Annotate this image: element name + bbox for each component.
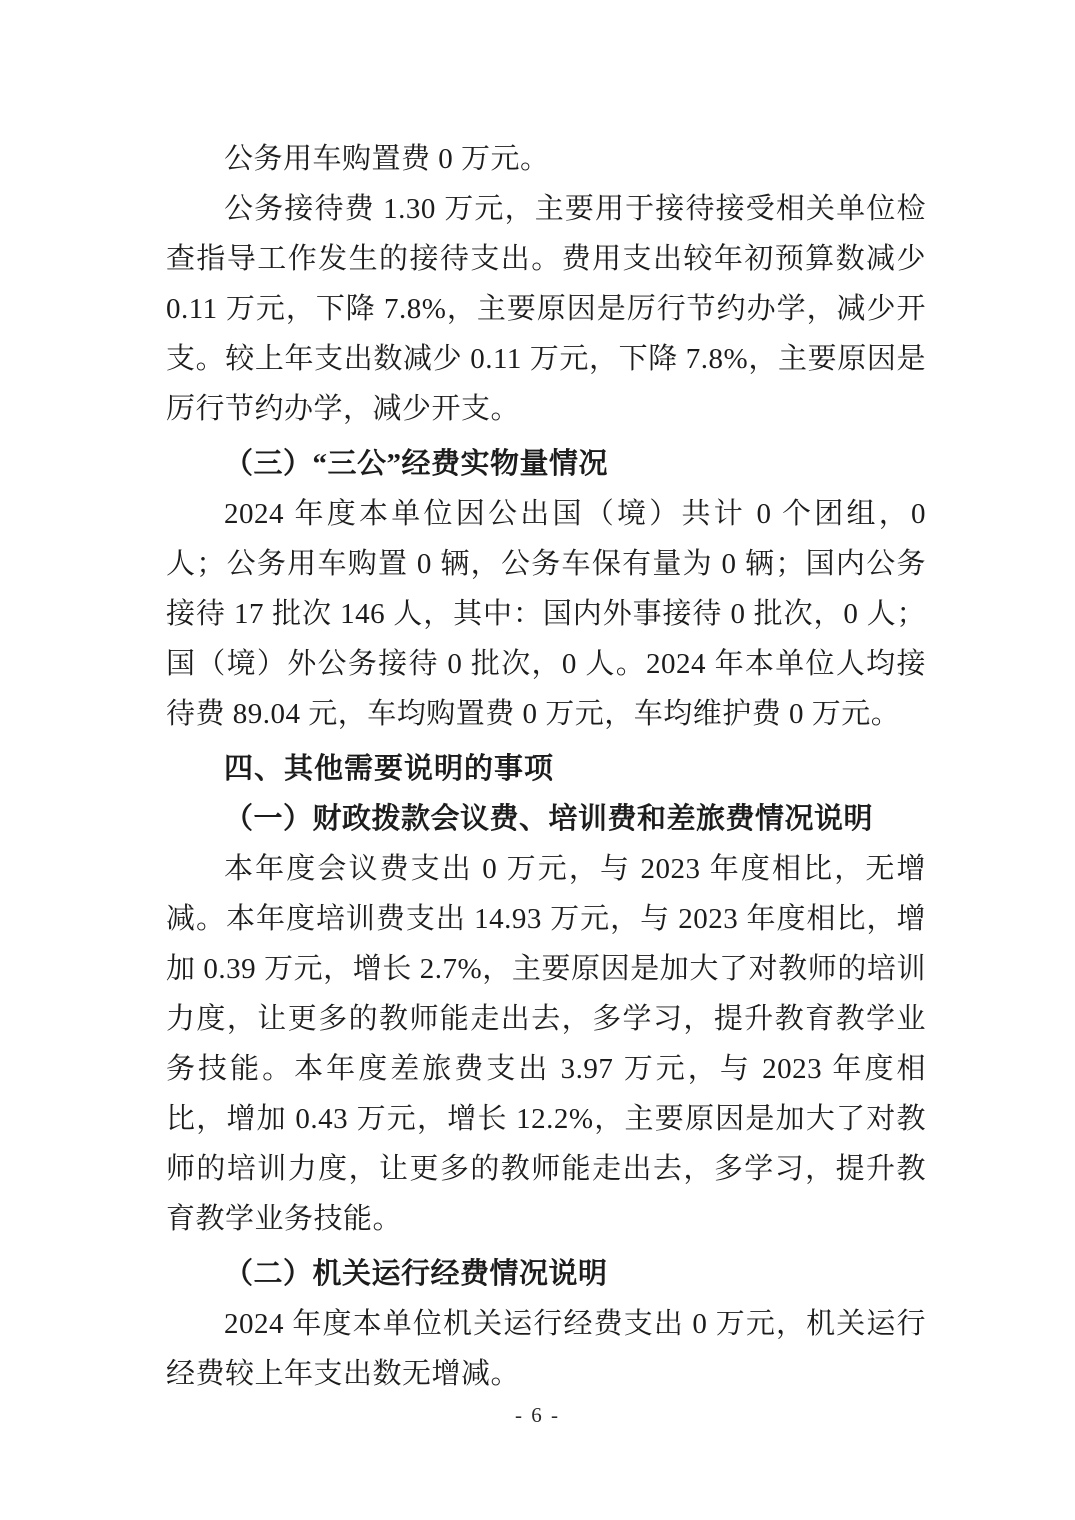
para-official-vehicle-purchase-fee: 公务用车购置费 0 万元。 — [166, 134, 926, 184]
document-page: 公务用车购置费 0 万元。 公务接待费 1.30 万元，主要用于接待接受相关单位… — [0, 0, 1075, 1520]
heading-agency-operation-funds: （二）机关运行经费情况说明 — [166, 1249, 926, 1299]
para-agency-operation-funds: 2024 年度本单位机关运行经费支出 0 万元，机关运行经费较上年支出数无增减。 — [166, 1299, 926, 1399]
para-official-reception-fee: 公务接待费 1.30 万元，主要用于接待接受相关单位检查指导工作发生的接待支出。… — [166, 184, 926, 434]
para-meeting-training-travel-fees: 本年度会议费支出 0 万元，与 2023 年度相比，无增减。本年度培训费支出 1… — [166, 844, 926, 1244]
heading-three-public-funds-physical-quantity: （三）“三公”经费实物量情况 — [166, 439, 926, 489]
heading-other-matters: 四、其他需要说明的事项 — [166, 744, 926, 794]
para-three-public-funds-statistics: 2024 年度本单位因公出国（境）共计 0 个团组，0 人；公务用车购置 0 辆… — [166, 489, 926, 739]
page-number: - 6 - — [0, 1400, 1075, 1430]
heading-meeting-training-travel-fees: （一）财政拨款会议费、培训费和差旅费情况说明 — [166, 794, 926, 844]
document-body: 公务用车购置费 0 万元。 公务接待费 1.30 万元，主要用于接待接受相关单位… — [166, 134, 926, 1399]
